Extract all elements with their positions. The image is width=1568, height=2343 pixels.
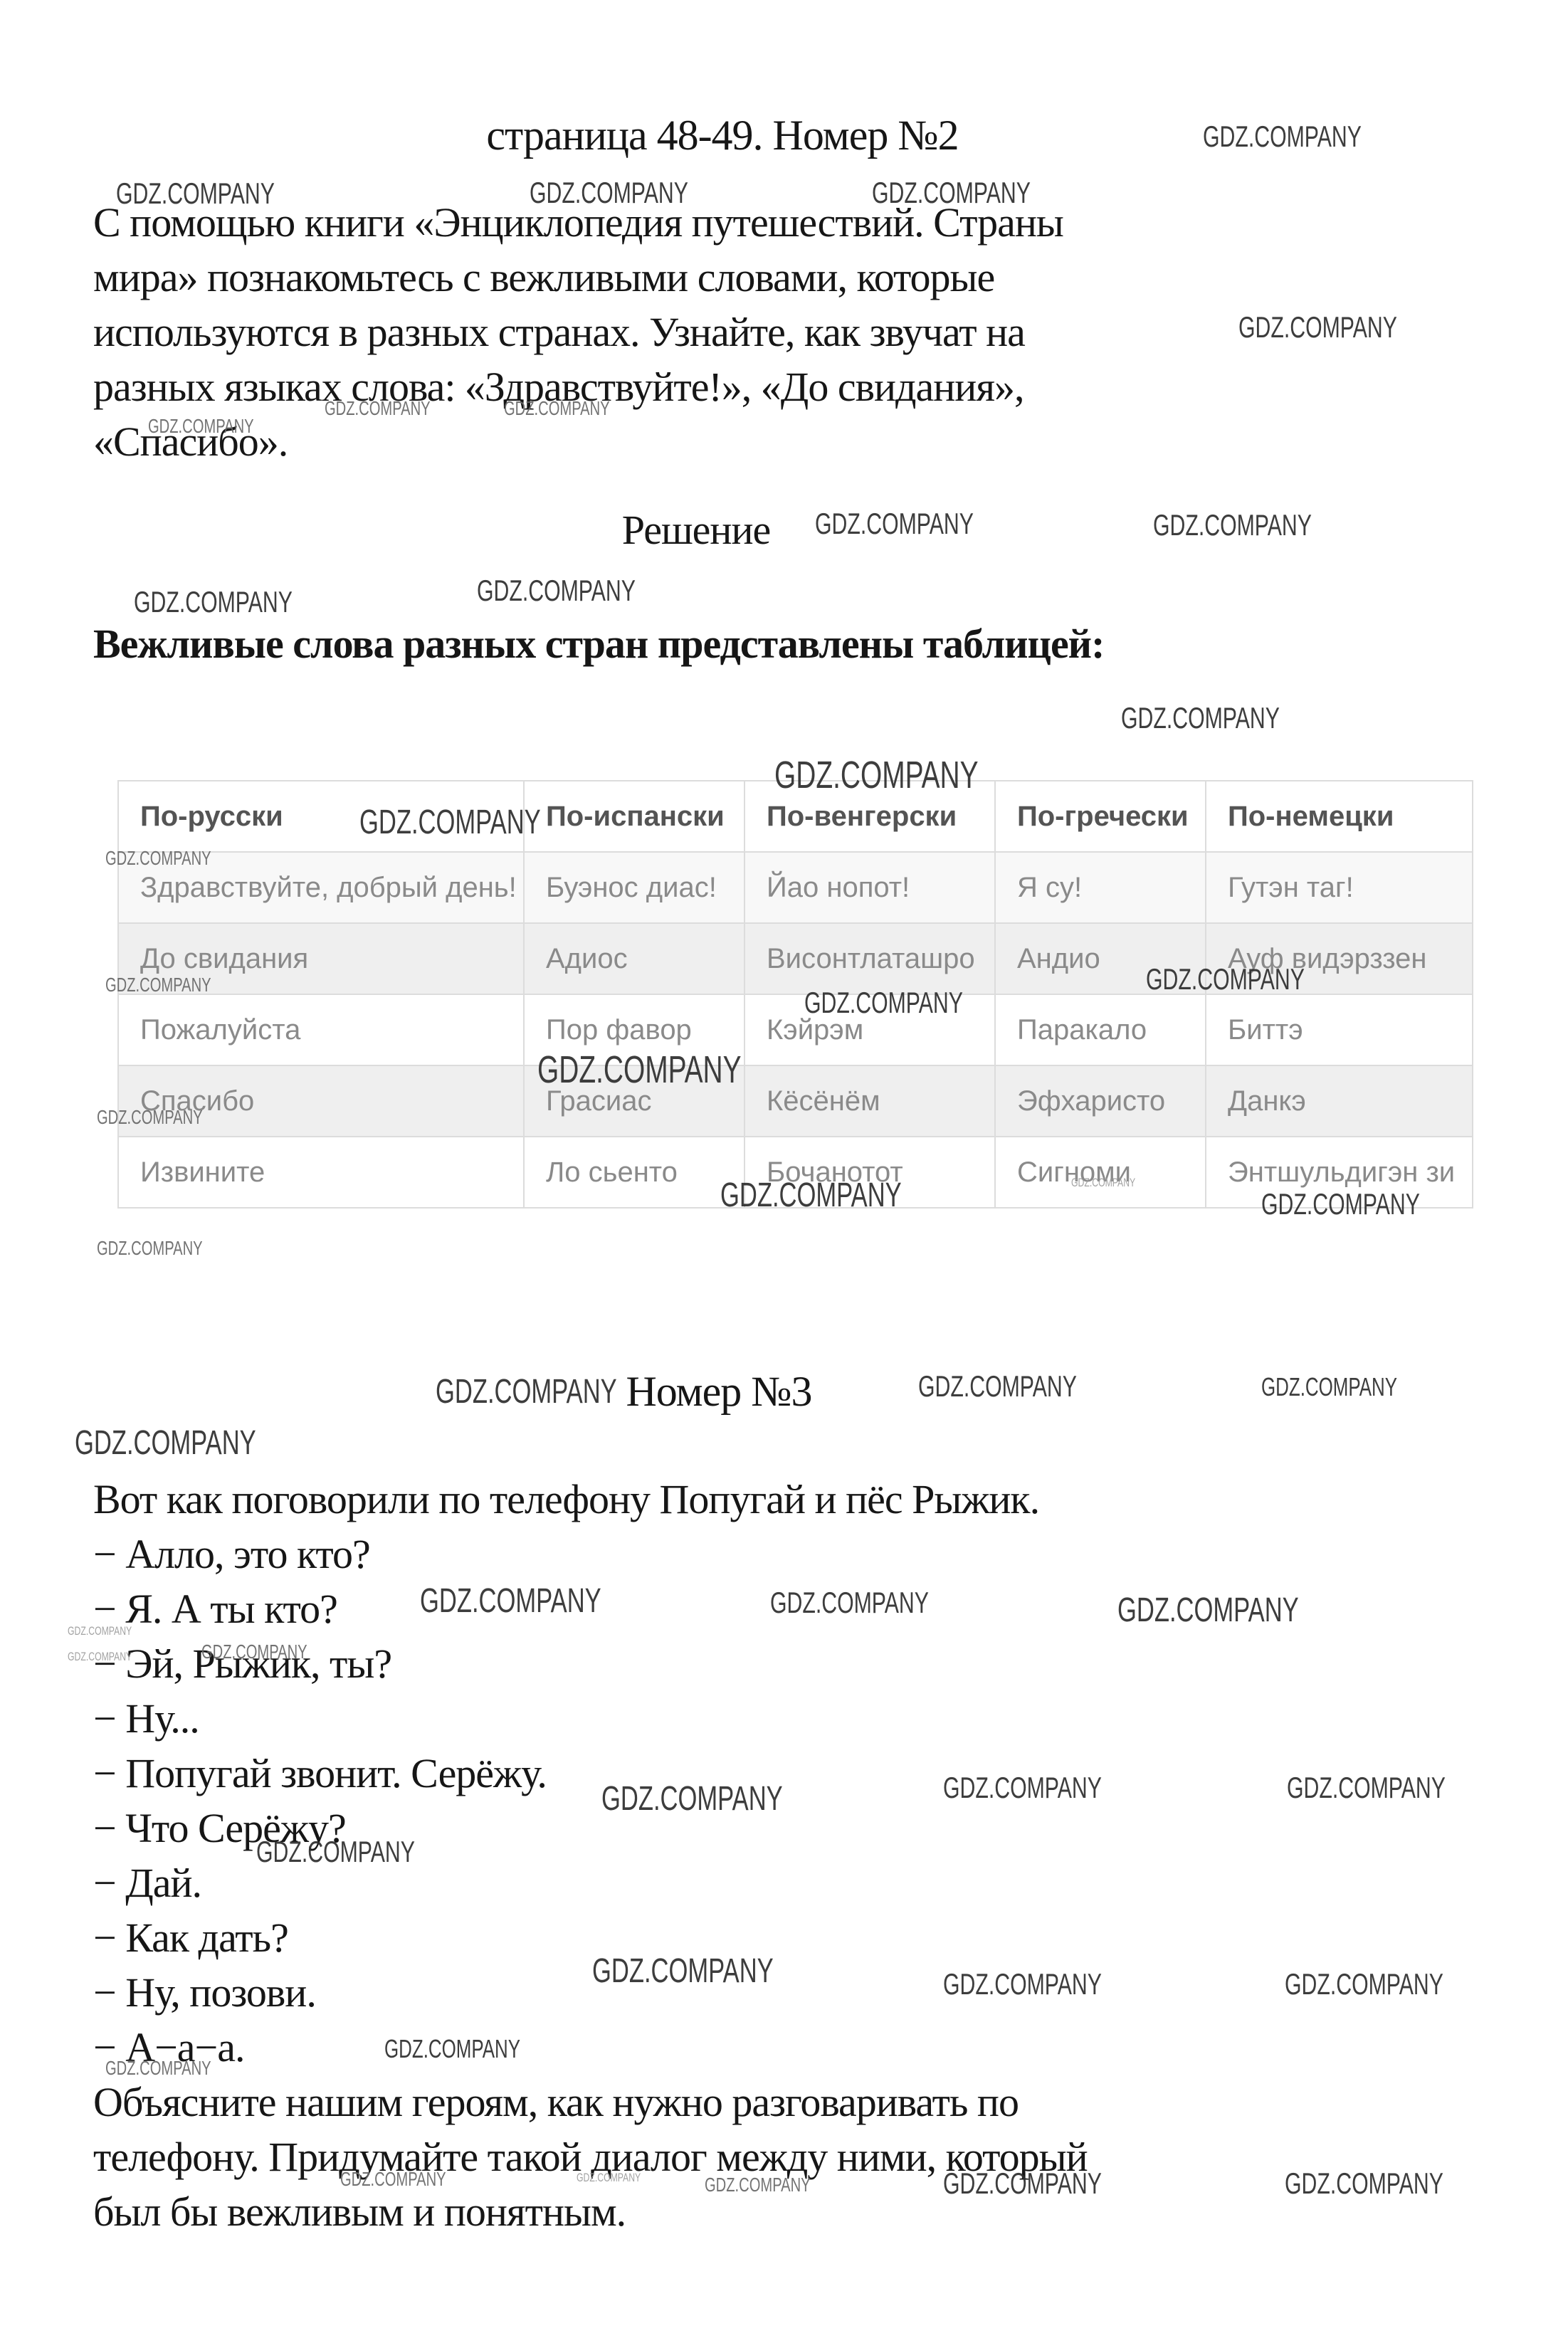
table-cell: Кёсёнём: [744, 1065, 995, 1137]
table-header-cell: По-немецки: [1206, 781, 1473, 852]
watermark: GDZ.COMPANY: [325, 397, 431, 420]
watermark: GDZ.COMPANY: [68, 1650, 132, 1664]
watermark: GDZ.COMPANY: [97, 1237, 203, 1260]
watermark: GDZ.COMPANY: [1287, 1771, 1446, 1805]
watermark: GDZ.COMPANY: [1153, 508, 1312, 542]
dialogue-line: − Как дать?: [93, 1910, 1088, 1965]
watermark: GDZ.COMPANY: [1146, 962, 1305, 996]
table-cell: Биттэ: [1206, 994, 1473, 1065]
watermark: GDZ.COMPANY: [340, 2168, 446, 2191]
watermark: GDZ.COMPANY: [720, 1176, 902, 1215]
task2-line: мира» познакомьтесь с вежливыми словами,…: [93, 250, 1063, 305]
table-row: Спасибо Грасиас Кёсёнём Эфхаристо Данкэ: [118, 1065, 1473, 1137]
dialogue-line: − Попугай звонит. Серёжу.: [93, 1746, 1088, 1801]
table-header-cell: По-гречески: [995, 781, 1206, 852]
watermark: GDZ.COMPANY: [68, 1624, 132, 1638]
watermark: GDZ.COMPANY: [420, 1581, 601, 1621]
watermark: GDZ.COMPANY: [148, 415, 254, 438]
table-header-cell: По-испански: [524, 781, 744, 852]
watermark: GDZ.COMPANY: [1285, 2166, 1443, 2201]
watermark: GDZ.COMPANY: [105, 974, 211, 996]
watermark: GDZ.COMPANY: [530, 176, 688, 210]
table-cell: Ло сьенто: [524, 1137, 744, 1208]
task3-outro-line: Объясните нашим героям, как нужно разгов…: [93, 2075, 1088, 2129]
watermark: GDZ.COMPANY: [770, 1586, 929, 1620]
task3-intro-line: Вот как поговорили по телефону Попугай и…: [93, 1472, 1088, 1527]
watermark: GDZ.COMPANY: [943, 2166, 1102, 2201]
dialogue-line: − Что Серёжу?: [93, 1801, 1088, 1855]
dialogue-line: − Ну, позови.: [93, 1965, 1088, 2020]
dialogue-line: − Дай.: [93, 1855, 1088, 1910]
table-cell: Гутэн таг!: [1206, 852, 1473, 923]
table-cell: Эфхаристо: [995, 1065, 1206, 1137]
watermark: GDZ.COMPANY: [105, 2057, 211, 2080]
table-cell: Пожалуйста: [118, 994, 524, 1065]
watermark: GDZ.COMPANY: [504, 397, 610, 420]
watermark: GDZ.COMPANY: [943, 1967, 1102, 2001]
watermark: GDZ.COMPANY: [1121, 701, 1280, 735]
dialogue-line: − Алло, это кто?: [93, 1527, 1088, 1581]
watermark: GDZ.COMPANY: [201, 1641, 307, 1663]
number3-heading: Номер №3: [0, 1365, 1438, 1418]
table-cell: Данкэ: [1206, 1065, 1473, 1137]
dialogue-line: − Ну...: [93, 1691, 1088, 1746]
watermark: GDZ.COMPANY: [815, 507, 974, 541]
dialogue-line: − А−а−а.: [93, 2020, 1088, 2075]
task3-outro-line: был бы вежливым и понятным.: [93, 2184, 1088, 2239]
watermark: GDZ.COMPANY: [1117, 1591, 1299, 1630]
watermark: GDZ.COMPANY: [359, 803, 541, 842]
table-cell: Адиос: [524, 923, 744, 994]
watermark: GDZ.COMPANY: [804, 986, 963, 1020]
watermark: GDZ.COMPANY: [384, 2034, 520, 2064]
table-cell: Висонтлаташро: [744, 923, 995, 994]
watermark: GDZ.COMPANY: [97, 1106, 203, 1129]
table-intro: Вежливые слова разных стран представлены…: [93, 617, 1104, 671]
watermark: GDZ.COMPANY: [256, 1835, 415, 1869]
watermark: GDZ.COMPANY: [601, 1779, 783, 1818]
watermark: GDZ.COMPANY: [1071, 1176, 1135, 1190]
watermark: GDZ.COMPANY: [1285, 1967, 1443, 2001]
watermark: GDZ.COMPANY: [436, 1372, 617, 1411]
watermark: GDZ.COMPANY: [477, 574, 636, 608]
watermark: GDZ.COMPANY: [592, 1952, 774, 1991]
watermark: GDZ.COMPANY: [105, 847, 211, 870]
document-page: GDZ.COMPANYGDZ.COMPANYGDZ.COMPANYGDZ.COM…: [0, 0, 1568, 2343]
table-cell: Сигноми: [995, 1137, 1206, 1208]
watermark: GDZ.COMPANY: [943, 1771, 1102, 1805]
watermark: GDZ.COMPANY: [1238, 310, 1397, 344]
watermark: GDZ.COMPANY: [1261, 1187, 1420, 1221]
watermark: GDZ.COMPANY: [774, 753, 979, 797]
watermark: GDZ.COMPANY: [134, 585, 293, 619]
table-cell: Паракало: [995, 994, 1206, 1065]
table-cell: Я су!: [995, 852, 1206, 923]
table-cell: Извините: [118, 1137, 524, 1208]
watermark: GDZ.COMPANY: [705, 2174, 811, 2196]
watermark: GDZ.COMPANY: [537, 1048, 742, 1092]
watermark: GDZ.COMPANY: [1261, 1372, 1397, 1402]
task2-line: используются в разных странах. Узнайте, …: [93, 305, 1063, 359]
table-cell: Йао нопот!: [744, 852, 995, 923]
watermark: GDZ.COMPANY: [918, 1369, 1077, 1404]
watermark: GDZ.COMPANY: [1203, 120, 1362, 154]
table-cell: Буэнос диас!: [524, 852, 744, 923]
watermark: GDZ.COMPANY: [75, 1423, 256, 1463]
table-row: Здравствуйте, добрый день! Буэнос диас! …: [118, 852, 1473, 923]
watermark: GDZ.COMPANY: [577, 2171, 641, 2185]
watermark: GDZ.COMPANY: [116, 177, 275, 211]
table-row: Пожалуйста Пор фавор Кэйрэм Паракало Бит…: [118, 994, 1473, 1065]
watermark: GDZ.COMPANY: [872, 176, 1031, 210]
